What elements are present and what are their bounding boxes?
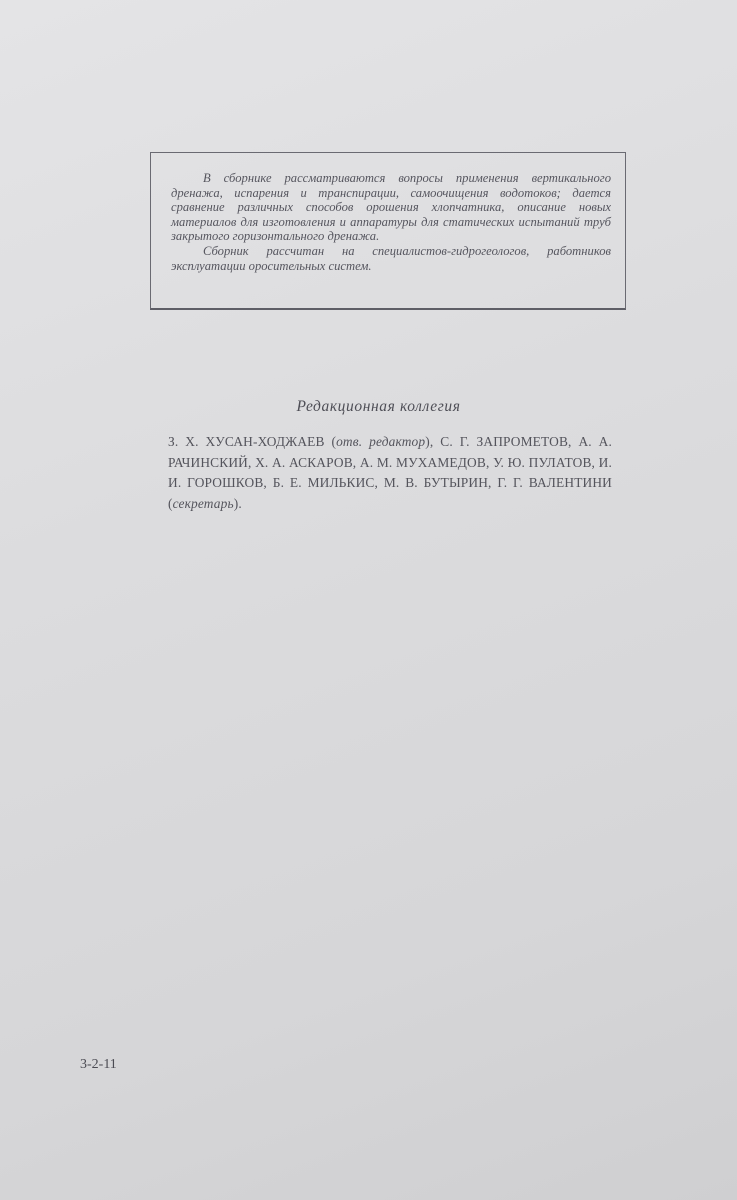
board-member-name: А. М. МУХАМЕДОВ [360, 455, 486, 470]
annotation-paragraph-1: В сборнике рассматриваются вопросы приме… [171, 171, 611, 244]
annotation-text: В сборнике рассматриваются вопросы приме… [171, 171, 611, 273]
board-member-name: З. Х. ХУСАН-ХОДЖАЕВ [168, 434, 325, 449]
board-member-role: отв. редактор [336, 434, 425, 449]
annotation-box: В сборнике рассматриваются вопросы приме… [150, 152, 626, 310]
annotation-paragraph-2: Сборник рассчитан на специалистов-гидрог… [171, 244, 611, 273]
board-member-role: секретарь [173, 496, 234, 511]
board-member-name: Х. А. АСКАРОВ [255, 455, 353, 470]
board-member-name: У. Ю. ПУЛАТОВ [493, 455, 591, 470]
board-member-name: Б. Е. МИЛЬКИС [273, 475, 375, 490]
editorial-board-heading: Редакционная коллегия [0, 398, 737, 416]
catalog-code: 3-2-11 [80, 1057, 117, 1073]
board-member-name: Г. Г. ВАЛЕНТИНИ [497, 475, 612, 490]
editorial-board-members: З. Х. ХУСАН-ХОДЖАЕВ (отв. редактор), С. … [168, 432, 612, 514]
board-member-name: М. В. БУТЫРИН [384, 475, 488, 490]
board-member-name: С. Г. ЗАПРОМЕТОВ [440, 434, 568, 449]
